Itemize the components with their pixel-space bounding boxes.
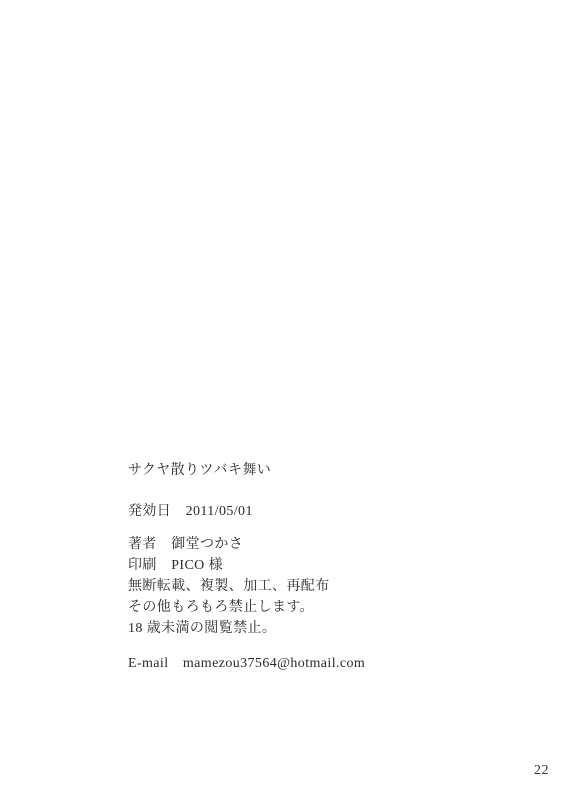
author-line: 著者 御堂つかさ [128, 534, 330, 555]
doujin-title: サクヤ散りツバキ舞い [128, 459, 271, 479]
release-date-line: 発効日 2011/05/01 [128, 500, 253, 520]
notice-line-prohibited: その他もろもろ禁止します。 [128, 597, 330, 618]
scanned-page: サクヤ散りツバキ舞い 発効日 2011/05/01 著者 御堂つかさ 印刷 PI… [0, 0, 572, 800]
printer-line: 印刷 PICO 様 [128, 555, 330, 576]
email-line: E-mail mamezou37564@hotmail.com [128, 652, 365, 672]
notice-line-age-restriction: 18 歳未満の閲覧禁止。 [128, 618, 330, 639]
credits-block: 著者 御堂つかさ 印刷 PICO 様 無断転載、複製、加工、再配布 その他もろも… [128, 534, 330, 639]
notice-line-no-reproduction: 無断転載、複製、加工、再配布 [128, 576, 330, 597]
page-number: 22 [534, 763, 549, 779]
